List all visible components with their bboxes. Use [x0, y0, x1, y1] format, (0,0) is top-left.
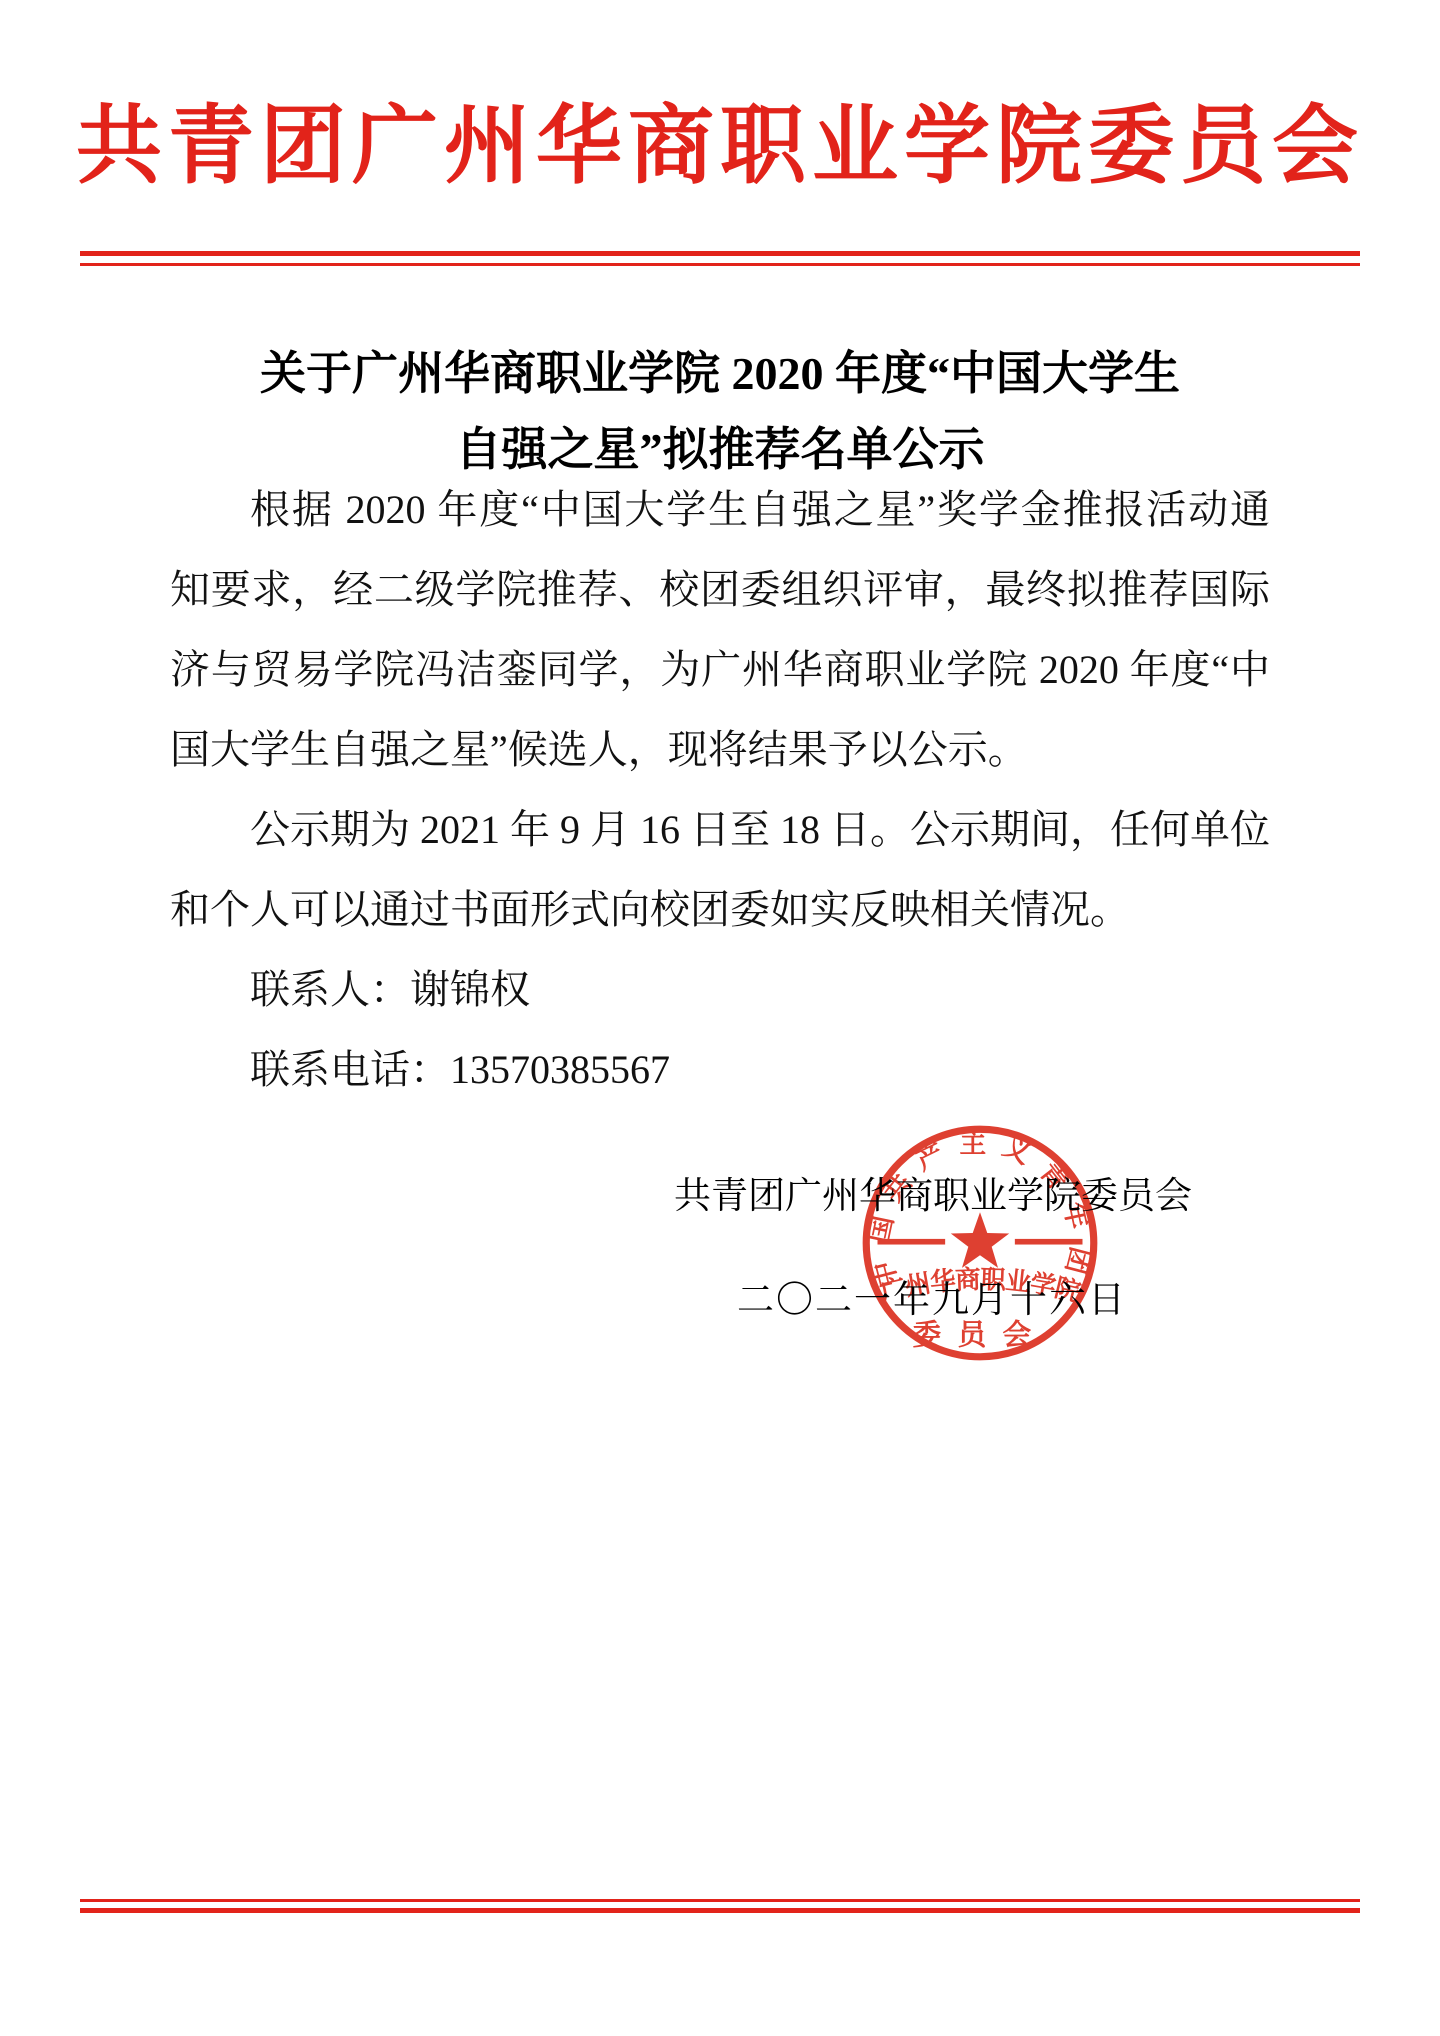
- letterhead-org-title: 共青团广州华商职业学院委员会: [0, 76, 1440, 200]
- footer-thick-rule: [80, 1908, 1360, 1913]
- document-title: 关于广州华商职业学院 2020 年度“中国大学生 自强之星”拟推荐名单公示: [0, 336, 1440, 488]
- signature-date: 二〇二一年九月十六日: [674, 1278, 1190, 1324]
- body-line: 根据 2020 年度“中国大学生自强之星”奖学金推报活动通: [170, 470, 1270, 550]
- signature-org: 共青团广州华商职业学院委员会: [674, 1174, 1190, 1220]
- footer-thin-rule: [80, 1899, 1360, 1902]
- contact-phone-line: 联系电话：13570385567: [170, 1030, 1270, 1110]
- contact-person-line: 联系人：谢锦权: [170, 950, 1270, 1030]
- body-line: 济与贸易学院冯洁銮同学，为广州华商职业学院 2020 年度“中: [170, 630, 1270, 710]
- document-body: 根据 2020 年度“中国大学生自强之星”奖学金推报活动通 知要求，经二级学院推…: [170, 470, 1270, 1110]
- body-line: 公示期为 2021 年 9 月 16 日至 18 日。公示期间，任何单位: [170, 790, 1270, 870]
- seal-bottom-text: 委员会: [912, 1319, 1047, 1351]
- body-line: 国大学生自强之星”候选人，现将结果予以公示。: [170, 710, 1270, 790]
- signature-block: 共青团广州华商职业学院委员会 二〇二一年九月十六日: [674, 1174, 1190, 1324]
- document-title-line-1: 关于广州华商职业学院 2020 年度“中国大学生: [0, 336, 1440, 412]
- header-thick-rule: [80, 251, 1360, 256]
- header-thin-rule: [80, 263, 1360, 266]
- document-page: 共青团广州华商职业学院委员会 关于广州华商职业学院 2020 年度“中国大学生 …: [0, 0, 1440, 2036]
- body-line: 和个人可以通过书面形式向校团委如实反映相关情况。: [170, 870, 1270, 950]
- body-line: 知要求，经二级学院推荐、校团委组织评审，最终拟推荐国际经: [170, 550, 1270, 630]
